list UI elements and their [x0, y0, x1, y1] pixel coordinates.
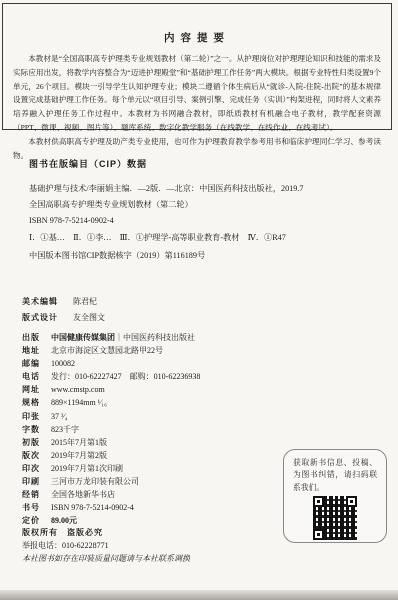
format-row: 规格 889×1194mm ¹⁄₁₆ [22, 396, 200, 409]
first-edition-row: 初版 2015年7月第1版 [22, 436, 200, 449]
credits-section: 美术编辑 陈君杞 版式设计 友全图文 [22, 294, 105, 326]
website-row: 网址 www.cmstp.com [22, 383, 200, 396]
publisher-press-name: ｜中国医药科技出版社 [115, 333, 195, 342]
format-value: 889×1194mm ¹⁄₁₆ [51, 398, 107, 407]
wordcount-label: 字数 [22, 423, 49, 436]
distributor-value: 全国各地新华书店 [51, 490, 115, 499]
postcode-value: 100082 [51, 359, 75, 368]
edition-row: 版次 2019年7月第2版 [22, 449, 200, 462]
website-label: 网址 [22, 383, 49, 396]
summary-title: 内容提要 [3, 30, 391, 45]
cip-isbn-line: ISBN 978-7-5214-0902-4 [29, 213, 374, 229]
qr-code [313, 496, 357, 540]
impression-value: 2019年7月第1次印刷 [51, 464, 123, 473]
cip-classification-line: Ⅰ．①基… Ⅱ．①李… Ⅲ．①护理学-高等职业教育-教材 Ⅳ．①R47 [29, 230, 374, 246]
postcode-label: 邮编 [22, 357, 49, 370]
printer-label: 印刷 [22, 475, 49, 488]
website-value: www.cmstp.com [51, 385, 105, 394]
edition-value: 2019年7月第2版 [51, 451, 107, 460]
wordcount-row: 字数 823千字 [22, 423, 200, 436]
cip-section: 图书在版编目（CIP）数据 基础护理与技术/李丽娟主编．—2版．—北京：中国医药… [29, 156, 374, 264]
cip-header: 图书在版编目（CIP）数据 [29, 156, 374, 172]
sheets-label: 印张 [22, 410, 49, 423]
printer-value: 三河市万龙印装有限公司 [51, 477, 139, 486]
distributor-label: 经销 [22, 488, 49, 501]
quality-exchange-note: 本社图书如存在印装质量问题请与本社联系调换 [22, 552, 190, 565]
copyright-notice: 版权所有 盗版必究 [22, 526, 190, 539]
address-value: 北京市海淀区文慧园北路甲22号 [51, 346, 163, 355]
art-editor-value: 陈君杞 [73, 297, 97, 306]
price-value: 89.00元 [51, 516, 77, 525]
layout-designer-row: 版式设计 友全图文 [22, 310, 105, 326]
isbn-value: ISBN 978-7-5214-0902-4 [51, 503, 134, 512]
qr-info-box: 获取新书信息、投稿、为图书纠错，请扫码联系我们。 [283, 449, 387, 543]
cip-registry-line: 中国版本图书馆CIP数据核字（2019）第116189号 [29, 248, 374, 264]
address-row: 地址 北京市海淀区文慧园北路甲22号 [22, 344, 200, 357]
publishing-info: 出版 中国健康传媒集团｜中国医药科技出版社 地址 北京市海淀区文慧园北路甲22号… [22, 331, 200, 527]
layout-designer-value: 友全图文 [73, 313, 105, 322]
postcode-row: 邮编 100082 [22, 357, 200, 370]
phone-row: 电话 发行：010-62227427 邮购：010-62236938 [22, 370, 200, 383]
art-editor-row: 美术编辑 陈君杞 [22, 294, 105, 310]
address-label: 地址 [22, 344, 49, 357]
publisher-row: 出版 中国健康传媒集团｜中国医药科技出版社 [22, 331, 200, 344]
report-phone: 举报电话：010-62228771 [22, 539, 190, 552]
edition-label: 版次 [22, 449, 49, 462]
qr-finder-top-right [346, 496, 357, 507]
isbn-label: 书号 [22, 501, 49, 514]
impression-label: 印次 [22, 462, 49, 475]
printer-row: 印刷 三河市万龙印装有限公司 [22, 475, 200, 488]
format-label: 规格 [22, 396, 49, 409]
summary-text: 本教材是“全国高职高专护理类专业规划教材（第二轮）”之一。从护理岗位对护理理论知… [13, 52, 381, 162]
page-bottom-shadow [0, 590, 398, 600]
qr-finder-bottom-left [313, 529, 324, 540]
phone-value: 发行：010-62227427 邮购：010-62236938 [51, 372, 200, 381]
legal-section: 版权所有 盗版必究 举报电话：010-62228771 本社图书如存在印装质量问… [22, 526, 190, 565]
layout-designer-label: 版式设计 [22, 313, 58, 322]
summary-paragraph-1: 本教材是“全国高职高专护理类专业规划教材（第二轮）”之一。从护理岗位对护理理论知… [13, 52, 381, 135]
wordcount-value: 823千字 [51, 425, 79, 434]
distributor-row: 经销 全国各地新华书店 [22, 488, 200, 501]
qr-finder-top-left [313, 496, 324, 507]
sheets-row: 印张 37 ³⁄₄ [22, 410, 200, 423]
phone-label: 电话 [22, 370, 49, 383]
first-edition-label: 初版 [22, 436, 49, 449]
content-summary-box: 内容提要 本教材是“全国高职高专护理类专业规划教材（第二轮）”之一。从护理岗位对… [2, 3, 392, 130]
sheets-value: 37 ³⁄₄ [51, 412, 68, 421]
cip-series-line: 全国高职高专护理类专业规划教材（第二轮） [29, 197, 374, 213]
first-edition-value: 2015年7月第1版 [51, 438, 107, 447]
qr-note-text: 获取新书信息、投稿、为图书纠错，请扫码联系我们。 [293, 457, 377, 494]
publisher-group-name: 中国健康传媒集团 [51, 333, 115, 342]
publisher-label: 出版 [22, 331, 49, 344]
impression-row: 印次 2019年7月第1次印刷 [22, 462, 200, 475]
art-editor-label: 美术编辑 [22, 297, 58, 306]
cip-description-line: 基础护理与技术/李丽娟主编．—2版．—北京：中国医药科技出版社，2019.7 [29, 181, 374, 197]
isbn-row: 书号 ISBN 978-7-5214-0902-4 [22, 501, 200, 514]
